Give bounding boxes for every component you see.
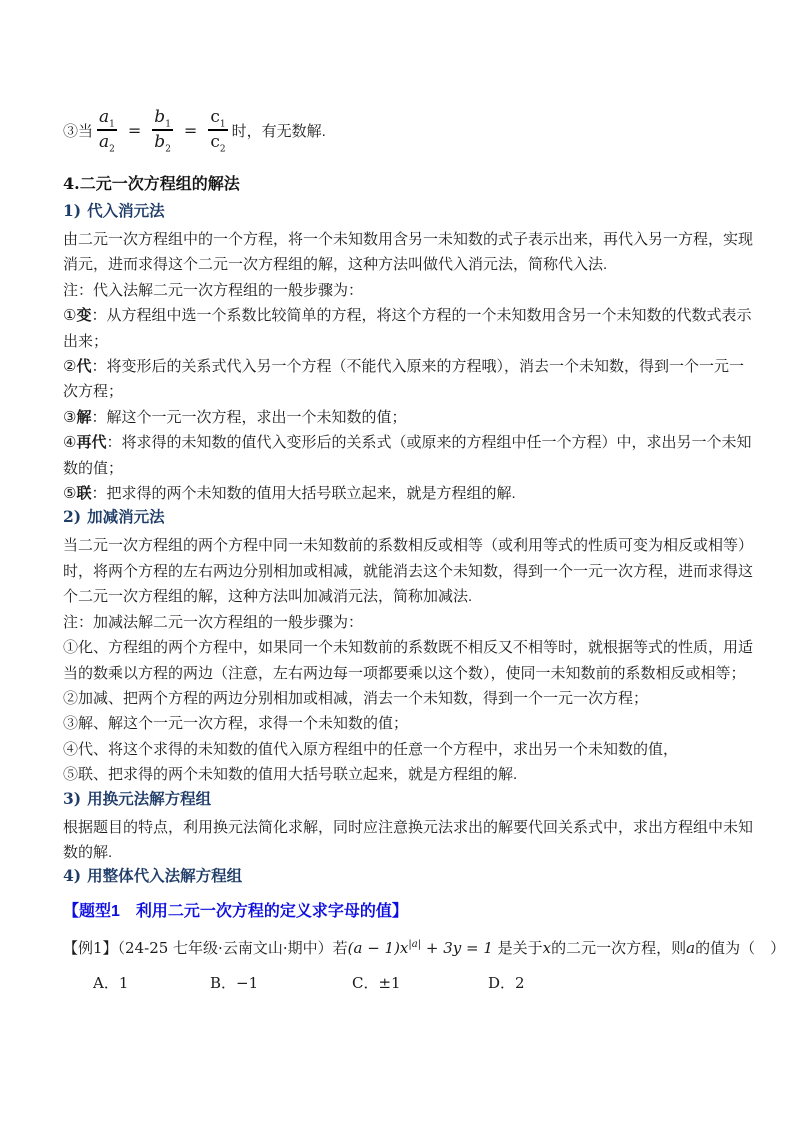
body-line: 由二元一次方程组中的一个方程，将一个未知数用含另一未知数的式子表示出来，再代入另… — [63, 227, 735, 252]
denominator: b — [154, 132, 165, 152]
example-tag: 【例1】 — [63, 939, 118, 957]
denominator: c — [210, 132, 220, 152]
math-expression: + 3y = 1 — [421, 939, 498, 957]
variable-x: x — [543, 939, 551, 957]
math-expression: (a − 1)x — [348, 939, 409, 957]
numerator: c — [210, 107, 220, 127]
body-line: ④再代：将求得的未知数的值代入变形后的关系式（或原来的方程组中任一个方程）中，求… — [63, 430, 735, 455]
body-line: 消元，进而求得这个二元一次方程组的解，这种方法叫做代入消元法，简称代入法. — [63, 252, 735, 277]
body-line: ②代：将变形后的关系式代入另一个方程（不能代入原来的方程哦），消去一个未知数，得… — [63, 354, 735, 379]
option-d: D．2 — [488, 971, 525, 996]
denominator-subscript: 2 — [165, 144, 171, 154]
body-line: 个二元一次方程组的解，这种方法叫加减消元法，简称加减法. — [63, 584, 735, 609]
topic-1-heading: 【题型1 利用二元一次方程的定义求字母的值】 — [63, 900, 735, 924]
numerator: b — [154, 107, 165, 127]
document-content: ③当 a1 a2 = b1 b2 = c1 c2 时，有无数解. 4.二元一次方… — [0, 0, 793, 996]
option-c: C．±1 — [352, 971, 488, 996]
body-line: ⑤联、把求得的两个未知数的值用大括号联立起来，就是方程组的解. — [63, 762, 735, 787]
fraction-b1-b2: b1 b2 — [152, 106, 173, 153]
body-line: ②加减、把两个方程的两边分别相加或相减，消去一个未知数，得到一个一元一次方程； — [63, 686, 735, 711]
denominator: a — [99, 132, 109, 152]
body-line: 数的值； — [63, 456, 735, 481]
body-line: 出来； — [63, 329, 735, 354]
body-line: 根据题目的特点，利用换元法简化求解，同时应注意换元法求出的解要代回关系式中，求出… — [63, 815, 735, 840]
body-line: 注：代入法解二元一次方程组的一般步骤为： — [63, 278, 735, 303]
math-exponent: |a| — [408, 939, 421, 950]
body-line: 次方程； — [63, 379, 735, 404]
heading-method-3-change-of-variable: 3)用换元法解方程组 — [63, 788, 735, 811]
document-page: ③当 a1 a2 = b1 b2 = c1 c2 时，有无数解. 4.二元一次方… — [0, 0, 793, 1122]
numerator-subscript: 1 — [165, 120, 171, 130]
equals-sign: = — [128, 121, 141, 140]
body-line: 时，将两个方程的左右两边分别相加或相减，就能消去这个未知数，得到一个一元一次方程… — [63, 559, 735, 584]
body-line: ③解：解这个一元一次方程，求出一个未知数的值； — [63, 405, 735, 430]
body-line: ⑤联：把求得的两个未知数的值用大括号联立起来，就是方程组的解. — [63, 481, 735, 506]
heading-method-1-substitution: 1)代入消元法 — [63, 200, 735, 223]
body-line: ③解、解这个一元一次方程，求得一个未知数的值； — [63, 711, 735, 736]
option-b: B．−1 — [210, 971, 352, 996]
example-1-problem: 【例1】（24-25 七年级·云南文山·期中）若(a − 1)x|a| + 3y… — [63, 936, 735, 961]
body-line: ④代、将这个求得的未知数的值代入原方程组中的任意一个方程中，求出另一个未知数的值… — [63, 737, 735, 762]
body-line: 数的解. — [63, 840, 735, 865]
fraction-c1-c2: c1 c2 — [208, 106, 227, 153]
heading-method-2-elimination: 2)加减消元法 — [63, 506, 735, 529]
denominator-subscript: 2 — [220, 144, 226, 154]
numerator-subscript: 1 — [220, 120, 226, 130]
formula-suffix: 时，有无数解. — [232, 120, 326, 141]
body-line: 当二元一次方程组的两个方程中同一未知数前的系数相反或相等（或利用等式的性质可变为… — [63, 533, 735, 558]
heading-section-4: 4.二元一次方程组的解法 — [63, 173, 735, 196]
body-line: 注：加减法解二元一次方程组的一般步骤为： — [63, 610, 735, 635]
option-a: A．1 — [93, 971, 210, 996]
body-line: 当的数乘以方程的两边（注意，左右两边每一项都要乘以这个数），使同一未知数前的系数… — [63, 661, 735, 686]
denominator-subscript: 2 — [109, 144, 115, 154]
example-source: （24-25 七年级·云南文山·期中） — [118, 939, 333, 957]
body-line: ①化、方程组的两个方程中，如果同一个未知数前的系数既不相反又不相等时，就根据等式… — [63, 635, 735, 660]
variable-a: a — [686, 939, 695, 957]
equals-sign: = — [184, 121, 197, 140]
answer-options: A．1 B．−1 C．±1 D．2 — [63, 971, 735, 996]
numerator: a — [99, 107, 109, 127]
heading-method-4-whole-substitution: 4)用整体代入法解方程组 — [63, 865, 735, 888]
formula-prefix: ③当 — [63, 120, 93, 141]
body-line: ①变：从方程组中选一个系数比较简单的方程，将这个方程的一个未知数用含另一个未知数… — [63, 303, 735, 328]
fraction-a1-a2: a1 a2 — [97, 106, 117, 153]
infinite-solutions-formula: ③当 a1 a2 = b1 b2 = c1 c2 时，有无数解. — [63, 93, 735, 167]
numerator-subscript: 1 — [109, 120, 115, 130]
